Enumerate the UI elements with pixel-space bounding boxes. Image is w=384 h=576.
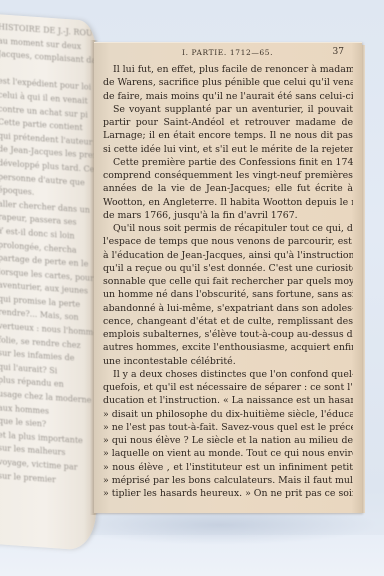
text-line: cence, changeant d'état et de culte, rem… xyxy=(103,315,353,328)
page-body-text: Il lui fut, en effet, plus facile de ren… xyxy=(103,63,353,500)
text-line: quefois, et qu'il est nécessaire de sépa… xyxy=(103,381,353,394)
text-line: l'espace de temps que nous venons de par… xyxy=(103,235,353,248)
left-page-curled: HISTOIRE DE J.-J. ROUSSEAU.au moment sur… xyxy=(0,14,96,551)
text-line: Il lui fut, en effet, plus facile de ren… xyxy=(103,63,353,76)
text-line: abandonné à lui-même, s'expatriant dans … xyxy=(103,302,353,315)
text-line: qu'il a reçue ou qu'il s'est donnée. C'e… xyxy=(103,262,353,275)
text-line: années de la vie de Jean-Jacques; elle f… xyxy=(103,182,353,195)
text-line: Cette première partie des Confessions fi… xyxy=(103,156,353,169)
text-line: emplois subalternes, s'élève tout-à-coup… xyxy=(103,328,353,341)
right-page: I. PARTIE. 1712—65. 37 Il lui fut, en ef… xyxy=(94,42,362,513)
left-page-text: HISTOIRE DE J.-J. ROUSSEAU.au moment sur… xyxy=(0,20,94,489)
text-line: sonnable que celle qui fait rechercher p… xyxy=(103,275,353,288)
text-line: de faire, mais moins qu'il ne l'aurait é… xyxy=(103,90,353,103)
running-head: I. PARTIE. 1712—65. 37 xyxy=(94,48,362,60)
text-line: de mars 1766, jusqu'à la fin d'avril 176… xyxy=(103,209,353,222)
text-line: comprend conséquemment les vingt-neuf pr… xyxy=(103,169,353,182)
page-edge xyxy=(362,45,365,513)
page-number: 37 xyxy=(333,47,344,57)
book-photo: HISTOIRE DE J.-J. ROUSSEAU.au moment sur… xyxy=(0,0,384,576)
text-line: si cette idée lui vint, et s'il eut le m… xyxy=(103,143,353,156)
text-line: » laquelle on vient au monde. Tout ce qu… xyxy=(103,447,353,460)
text-line: ducation et l'instruction. « La naissanc… xyxy=(103,394,353,407)
text-line: Wootton, en Angleterre. Il habita Wootto… xyxy=(103,196,353,209)
text-line: Se voyant supplanté par un aventurier, i… xyxy=(103,103,353,116)
text-line: » méprisé par les bons calculateurs. Mai… xyxy=(103,474,353,487)
text-line: autres hommes, excite l'enthousiasme, ac… xyxy=(103,341,353,354)
text-line: » qui nous élève ? Le siècle et la natio… xyxy=(103,434,353,447)
text-line: » ne l'est pas tout-à-fait. Savez-vous q… xyxy=(103,421,353,434)
text-line: de Warens, sacrifice plus pénible que ce… xyxy=(103,76,353,89)
text-line: à l'éducation de Jean-Jacques, ainsi qu'… xyxy=(103,249,353,262)
text-line: un homme né dans l'obscurité, sans fortu… xyxy=(103,288,353,301)
text-line: » disait un philosophe du dix-huitième s… xyxy=(103,408,353,421)
text-line: partir pour Saint-Andéol et retrouver ma… xyxy=(103,116,353,129)
text-line: Il y a deux choses distinctes que l'on c… xyxy=(103,368,353,381)
text-line: Qu'il nous soit permis de récapituler to… xyxy=(103,222,353,235)
text-line: une incontestable célébrité. xyxy=(103,355,353,368)
running-title: I. PARTIE. 1712—65. xyxy=(182,48,273,57)
text-line: Larnage; il en était encore temps. Il ne… xyxy=(103,129,353,142)
text-line: » tiplier les hasards heureux. » On ne p… xyxy=(103,487,353,500)
text-line: » nous élève , et l'instituteur est un i… xyxy=(103,461,353,474)
